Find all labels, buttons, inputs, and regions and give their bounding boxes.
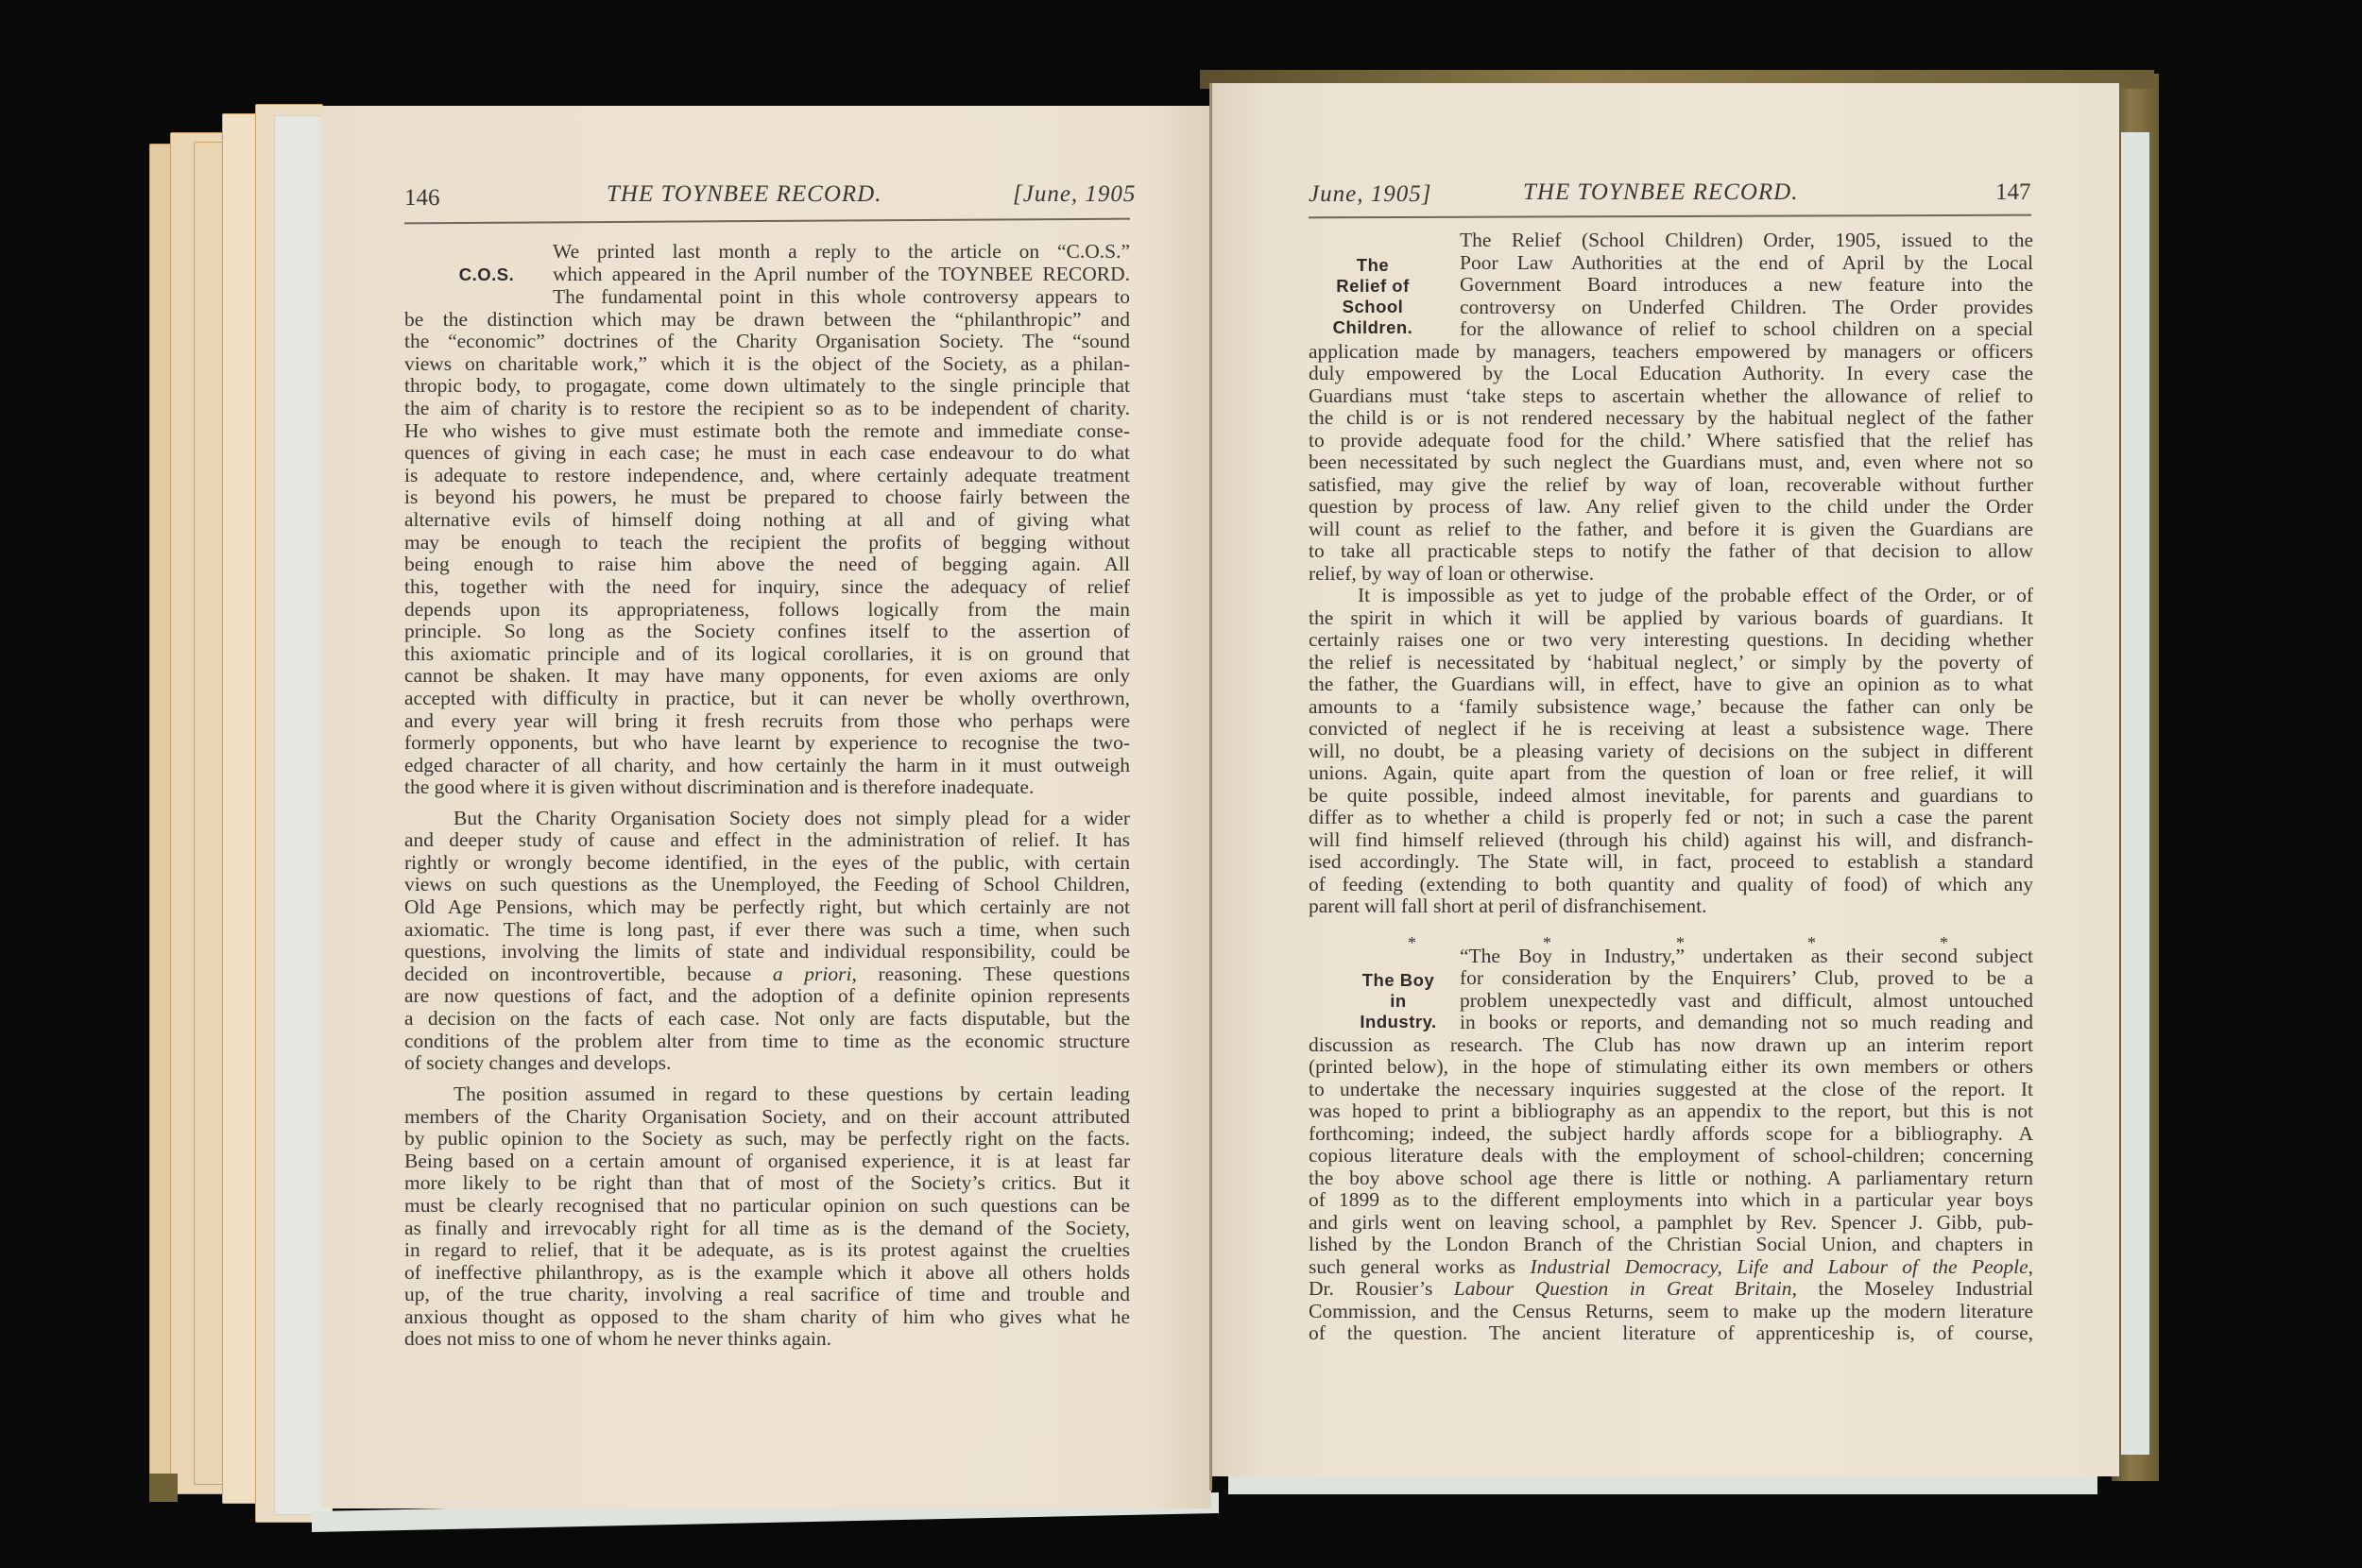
- text-line: to undertake the necessary inquiries sug…: [1309, 1078, 2033, 1100]
- text-line: edged character of all charity, and how …: [404, 754, 1130, 776]
- text-line: will find himself relieved (through his …: [1309, 828, 2033, 851]
- side-heading-boy-in-industry: The Boy in Industry.: [1351, 970, 1446, 1032]
- text-line: will, no doubt, be a pleasing variety of…: [1309, 740, 2033, 762]
- text-line: members of the Charity Organisation Soci…: [404, 1105, 1130, 1128]
- text-line: in regard to relief, that it be adequate…: [404, 1238, 1130, 1261]
- text-line: Old Age Pensions, which may be perfectly…: [404, 895, 1130, 918]
- text-line: He who wishes to give must estimate both…: [404, 419, 1130, 442]
- text-line: Poor Law Authorities at the end of April…: [1460, 251, 2033, 274]
- text-line: Commission, and the Census Returns, seem…: [1309, 1300, 2033, 1322]
- left-page-number: 146: [404, 185, 440, 212]
- side-heading-cos: C.O.S.: [444, 264, 529, 285]
- text-line: by public opinion to the Society as such…: [404, 1127, 1130, 1150]
- side-heading-line: Relief of: [1321, 276, 1425, 297]
- text-line: relief, by way of loan or otherwise.: [1309, 562, 2033, 585]
- text-line: The Relief (School Children) Order, 1905…: [1460, 229, 2033, 251]
- text-line: of 1899 as to the different employments …: [1309, 1188, 2033, 1211]
- asterisk: *: [1408, 933, 1416, 953]
- left-leaf-stack: [142, 132, 331, 1521]
- left-running-title: THE TOYNBEE RECORD.: [607, 181, 881, 208]
- right-running-title: THE TOYNBEE RECORD.: [1523, 179, 1798, 206]
- text-line: been necessitated by such neglect the Gu…: [1309, 451, 2033, 473]
- text-line: the boy above school age there is little…: [1309, 1167, 2033, 1189]
- side-heading-line: Industry.: [1351, 1012, 1446, 1032]
- text-line: But the Charity Organisation Society doe…: [454, 807, 1130, 829]
- side-heading-line: School: [1321, 297, 1425, 317]
- text-line: Being based on a certain amount of organ…: [404, 1150, 1130, 1172]
- text-line: views on such questions as the Unemploye…: [404, 873, 1130, 895]
- text-line: formerly opponents, but who have learnt …: [404, 731, 1130, 754]
- text-line: convicted of neglect if he is receiving …: [1309, 717, 2033, 740]
- text-line: of society changes and develops.: [404, 1051, 1130, 1074]
- text-line: controversy on Underfed Children. The Or…: [1460, 296, 2033, 318]
- right-tissue-edge: [2121, 132, 2149, 1455]
- text-line: and girls went on leaving school, a pamp…: [1309, 1211, 2033, 1234]
- text-line: It is impossible as yet to judge of the …: [1358, 584, 2033, 606]
- text-line: thropic body, to progagate, come down ul…: [404, 374, 1130, 397]
- side-heading-line: Children.: [1321, 317, 1425, 338]
- text-line: depends upon its appropriateness, follow…: [404, 598, 1130, 621]
- spine-gutter: [1209, 83, 1212, 1491]
- text-line: satisfied, may give the relief by way of…: [1309, 473, 2033, 496]
- text-line: questions, involving the limits of state…: [404, 940, 1130, 963]
- text-line: copious literature deals with the employ…: [1309, 1144, 2033, 1167]
- text-line: of ineffective philanthropy, as is the e…: [404, 1261, 1130, 1284]
- text-line: up, of the true charity, involving a rea…: [404, 1283, 1130, 1305]
- text-line: for consideration by the Enquirers’ Club…: [1460, 966, 2033, 989]
- text-line: to take all practicable steps to notify …: [1309, 539, 2033, 562]
- text-line: rightly or wrongly become identified, in…: [404, 851, 1130, 874]
- text-line: quences of giving in each case; he must …: [404, 441, 1130, 464]
- text-line: (printed below), in the hope of stimulat…: [1309, 1055, 2033, 1078]
- text-line: problem unexpectedly vast and difficult,…: [1460, 989, 2033, 1012]
- text-line: of feeding (extending to both quantity a…: [1309, 873, 2033, 895]
- text-line: such general works as Industrial Democra…: [1309, 1255, 2033, 1278]
- text-line: the relief is necessitated by ‘habitual …: [1309, 651, 2033, 673]
- text-line: Guardians must ‘take steps to ascertain …: [1309, 384, 2033, 407]
- text-line: must be clearly recognised that no parti…: [404, 1194, 1130, 1217]
- text-line: a decision on the facts of each case. No…: [404, 1007, 1130, 1030]
- text-line: the father, the Guardians will, in effec…: [1309, 673, 2033, 695]
- text-line: the aim of charity is to restore the rec…: [404, 397, 1130, 419]
- text-line: was hoped to print a bibliography as an …: [1309, 1099, 2033, 1122]
- text-line: differ as to whether a child is properly…: [1309, 806, 2033, 828]
- right-date: June, 1905]: [1309, 181, 1431, 208]
- text-line: discussion as research. The Club has now…: [1309, 1033, 2033, 1056]
- text-line: views on charitable work,” which it is t…: [404, 352, 1130, 375]
- text-line: cannot be shaken. It may have many oppon…: [404, 664, 1130, 687]
- text-line: the spirit in which it will be applied b…: [1309, 606, 2033, 629]
- text-line: which appeared in the April number of th…: [553, 263, 1130, 285]
- text-line: axiomatic. The time is long past, if eve…: [404, 918, 1130, 941]
- text-line: duly empowered by the Local Education Au…: [1309, 362, 2033, 384]
- side-heading-line: in: [1351, 991, 1446, 1012]
- text-line: are now questions of fact, and the adopt…: [404, 984, 1130, 1007]
- text-line: does not miss to one of whom he never th…: [404, 1327, 1130, 1350]
- date-text: June, 1905]: [1309, 181, 1431, 207]
- text-line: The position assumed in regard to these …: [454, 1082, 1130, 1105]
- text-line: the child is or is not rendered necessar…: [1309, 406, 2033, 429]
- text-line: application made by managers, teachers e…: [1309, 340, 2033, 363]
- date-text: [June, 1905: [1013, 181, 1136, 207]
- text-line: accepted with difficulty in practice, bu…: [404, 687, 1130, 709]
- text-line: conditions of the problem alter from tim…: [404, 1030, 1130, 1052]
- text-line: “The Boy in Industry,” undertaken as the…: [1460, 945, 2033, 967]
- text-line: forthcoming; indeed, the subject hardly …: [1309, 1122, 2033, 1145]
- text-line: parent will fall short at peril of disfr…: [1309, 895, 2033, 917]
- right-page-number: 147: [1995, 179, 2031, 206]
- side-heading-relief-school-children: The Relief of School Children.: [1321, 255, 1425, 338]
- text-line: anxious thought as opposed to the sham c…: [404, 1305, 1130, 1328]
- side-heading-line: The Boy: [1351, 970, 1446, 991]
- running-title-text: THE TOYNBEE RECORD.: [607, 181, 881, 207]
- text-line: the good where it is given without discr…: [404, 775, 1130, 798]
- text-line: will count as relief to the father, and …: [1309, 518, 2033, 540]
- text-line: being enough to raise him above the need…: [404, 553, 1130, 575]
- running-title-text: THE TOYNBEE RECORD.: [1523, 179, 1798, 205]
- text-line: ised accordingly. The State will, in fac…: [1309, 850, 2033, 873]
- text-line: The fundamental point in this whole cont…: [553, 285, 1130, 308]
- text-line: alternative evils of himself doing nothi…: [404, 508, 1130, 531]
- text-line: is adequate to restore independence, and…: [404, 464, 1130, 486]
- text-line: decided on incontrovertible, because a p…: [404, 963, 1130, 985]
- left-date: [June, 1905: [1013, 181, 1136, 208]
- text-line: to provide adequate food for the child.’…: [1309, 429, 2033, 452]
- text-line: this axiomatic principle and of its logi…: [404, 642, 1130, 665]
- text-line: be the distinction which may be drawn be…: [404, 308, 1130, 331]
- side-heading-line: The: [1321, 255, 1425, 276]
- text-line: and deeper study of cause and effect in …: [404, 828, 1130, 851]
- text-line: and every year will bring it fresh recru…: [404, 709, 1130, 732]
- text-line: Dr. Rousier’s Labour Question in Great B…: [1309, 1277, 2033, 1300]
- cover-edge-left-bottom: [149, 1474, 178, 1502]
- text-line: amounts to a ‘family subsistence wage,’ …: [1309, 695, 2033, 718]
- text-line: as finally and irrevocably right for all…: [404, 1217, 1130, 1239]
- text-line: is beyond his powers, he must be prepare…: [404, 486, 1130, 508]
- text-line: question by process of law. Any relief g…: [1309, 495, 2033, 518]
- text-line: lished by the London Branch of the Chris…: [1309, 1233, 2033, 1255]
- text-line: be quite possible, indeed almost inevita…: [1309, 784, 2033, 807]
- text-line: We printed last month a reply to the art…: [553, 240, 1130, 263]
- text-line: Government Board introduces a new featur…: [1460, 273, 2033, 296]
- right-bottom-tissue: [1228, 1474, 2097, 1494]
- text-line: principle. So long as the Society confin…: [404, 620, 1130, 642]
- text-line: more likely to be right than that of mos…: [404, 1171, 1130, 1194]
- text-line: this, together with the need for inquiry…: [404, 575, 1130, 598]
- text-line: of the question. The ancient literature …: [1309, 1321, 2033, 1344]
- text-line: certainly raises one or two very interes…: [1309, 628, 2033, 651]
- text-line: for the allowance of relief to school ch…: [1460, 317, 2033, 340]
- text-line: unions. Again, quite apart from the ques…: [1309, 761, 2033, 784]
- text-line: in books or reports, and demanding not s…: [1460, 1011, 2033, 1033]
- text-line: the “economic” doctrines of the Charity …: [404, 330, 1130, 352]
- text-line: may be enough to teach the recipient the…: [404, 531, 1130, 554]
